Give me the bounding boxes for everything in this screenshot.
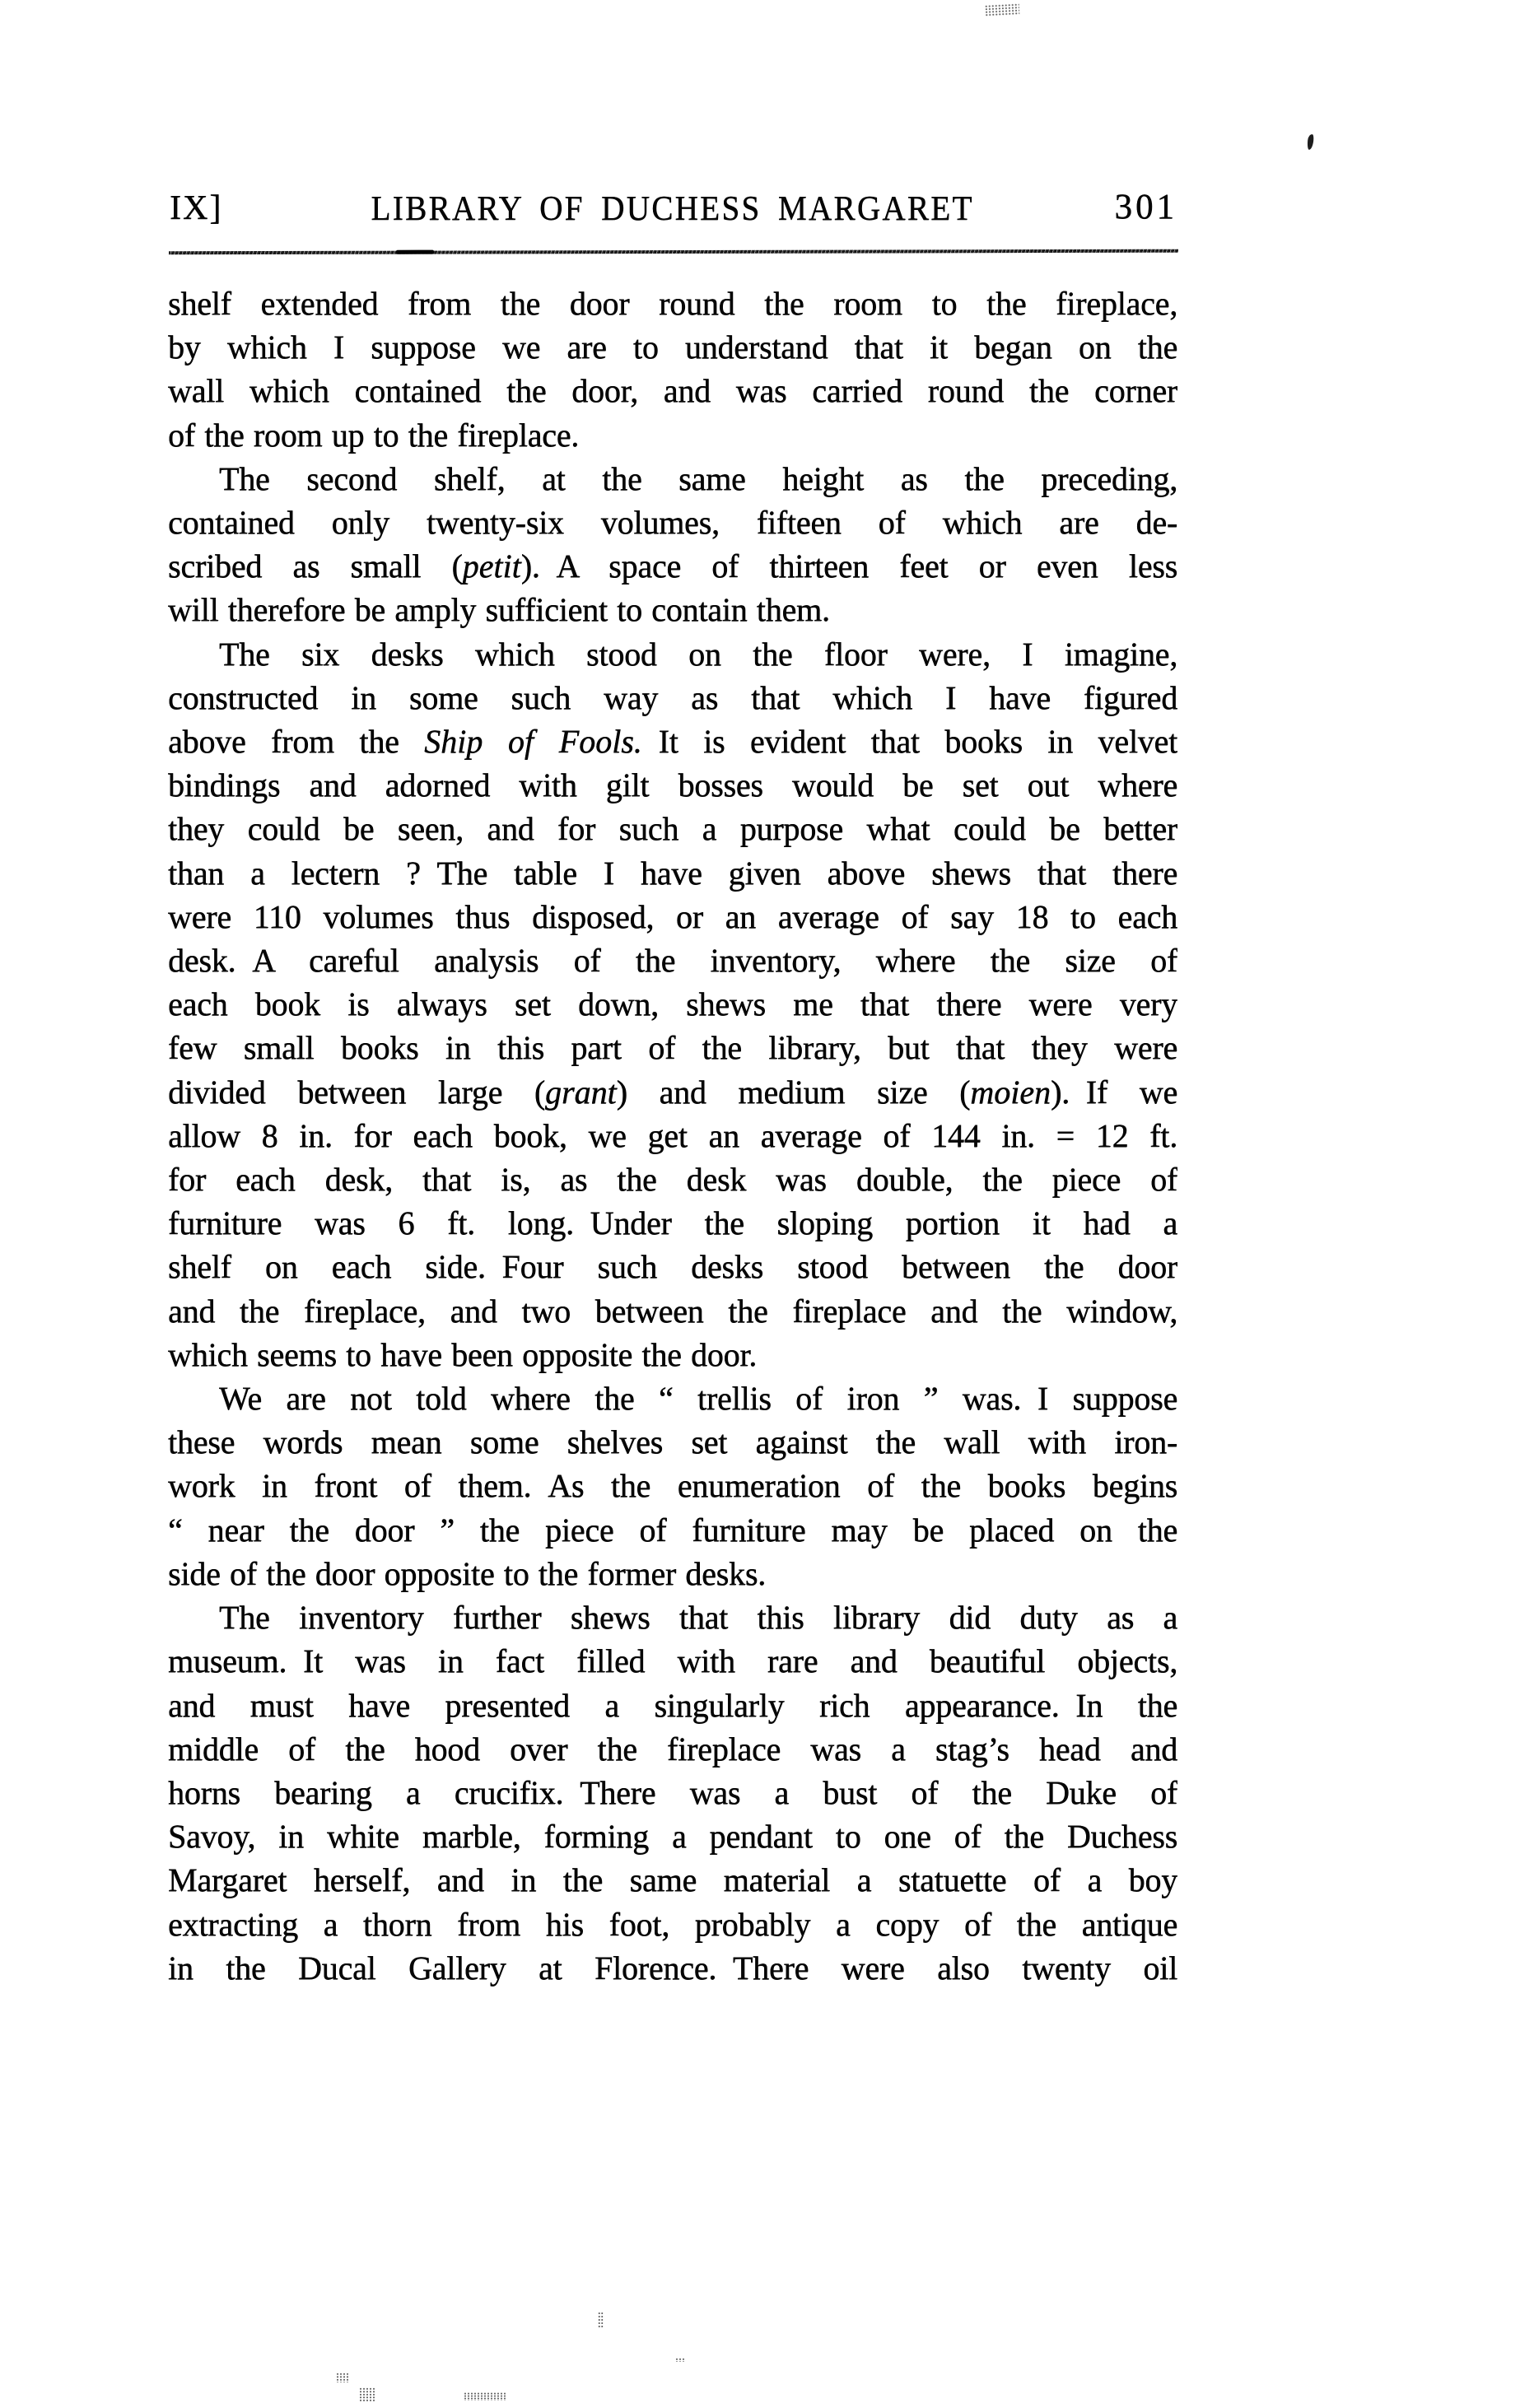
text-line: “ near the door ” the piece of furniture… [168, 1508, 1177, 1552]
text-line: each book is always set down, shews me t… [168, 982, 1177, 1026]
text-line: Savoy, in white marble, forming a pendan… [168, 1814, 1177, 1858]
text-line: which seems to have been opposite the do… [168, 1333, 1177, 1376]
text-line: furniture was 6 ft. long. Under the slop… [168, 1201, 1177, 1245]
paragraph: The inventory further shews that this li… [168, 1595, 1177, 1990]
italic-text: grant [545, 1074, 617, 1111]
text-line: by which I suppose we are to understand … [168, 325, 1177, 369]
text-line: The inventory further shews that this li… [168, 1595, 1177, 1639]
text-line: than a lectern ? The table I have given … [168, 851, 1177, 895]
text-line: few small books in this part of the libr… [168, 1026, 1177, 1069]
text-line: work in front of them. As the enumeratio… [168, 1464, 1177, 1507]
text-line: The six desks which stood on the floor w… [168, 632, 1177, 676]
text-line: in the Ducal Gallery at Florence. There … [168, 1946, 1177, 1990]
text-line: were 110 volumes thus disposed, or an av… [168, 895, 1177, 939]
text-line: above from the Ship of Fools. It is evid… [168, 720, 1177, 763]
text-line: they could be seen, and for such a purpo… [168, 807, 1177, 850]
text-line: contained only twenty-six volumes, fifte… [168, 501, 1177, 544]
text-line: and must have presented a singularly ric… [168, 1684, 1177, 1727]
text-line: these words mean some shelves set agains… [168, 1420, 1177, 1464]
paragraph: The six desks which stood on the floor w… [168, 632, 1177, 1376]
scan-smudge-top [985, 3, 1020, 16]
scan-speck-bottom-5 [464, 2392, 506, 2401]
page-body-text: shelf extended from the door round the r… [168, 282, 1177, 1990]
paragraph: The second shelf, at the same height as … [168, 457, 1177, 632]
paragraph: shelf extended from the door round the r… [168, 282, 1177, 457]
ink-fleck-right-margin [1307, 134, 1314, 151]
italic-text: Ship of Fools. [424, 723, 642, 760]
text-line: wall which contained the door, and was c… [168, 369, 1177, 412]
text-line: middle of the hood over the fireplace wa… [168, 1727, 1177, 1771]
text-line: museum. It was in fact filled with rare … [168, 1639, 1177, 1683]
scanned-book-page: { "header": { "section": "IX]", "title":… [0, 0, 1520, 2408]
text-line: side of the door opposite to the former … [168, 1552, 1177, 1595]
italic-text: moien [970, 1074, 1051, 1111]
text-line: The second shelf, at the same height as … [168, 457, 1177, 501]
scan-speck-bottom-2 [675, 2358, 684, 2362]
text-line: shelf extended from the door round the r… [168, 282, 1177, 325]
text-line: horns bearing a crucifix. There was a bu… [168, 1771, 1177, 1814]
header-page-number: 301 [168, 189, 1177, 226]
text-line: constructed in some such way as that whi… [168, 676, 1177, 720]
text-line: shelf on each side. Four such desks stoo… [168, 1245, 1177, 1288]
text-line: scribed as small (petit). A space of thi… [168, 544, 1177, 588]
text-line: Margaret herself, and in the same materi… [168, 1858, 1177, 1902]
text-line: and the fireplace, and two between the f… [168, 1289, 1177, 1333]
paragraph: We are not told where the “ trellis of i… [168, 1376, 1177, 1595]
text-line: will therefore be amply sufficient to co… [168, 588, 1177, 631]
text-line: bindings and adorned with gilt bosses wo… [168, 763, 1177, 807]
scan-speck-bottom-3 [336, 2373, 348, 2382]
text-line: of the room up to the fireplace. [168, 413, 1177, 457]
header-rule-ink-blot [396, 250, 434, 254]
text-line: desk. A careful analysis of the inventor… [168, 939, 1177, 982]
text-line: We are not told where the “ trellis of i… [168, 1376, 1177, 1420]
header-rule [169, 249, 1178, 255]
italic-text: petit [463, 547, 521, 585]
text-line: divided between large (grant) and medium… [168, 1070, 1177, 1114]
scan-speck-bottom-4 [359, 2387, 375, 2401]
text-line: for each desk, that is, as the desk was … [168, 1157, 1177, 1201]
text-line: extracting a thorn from his foot, probab… [168, 1903, 1177, 1946]
scan-speck-bottom-1 [598, 2312, 604, 2328]
text-line: allow 8 in. for each book, we get an ave… [168, 1114, 1177, 1157]
